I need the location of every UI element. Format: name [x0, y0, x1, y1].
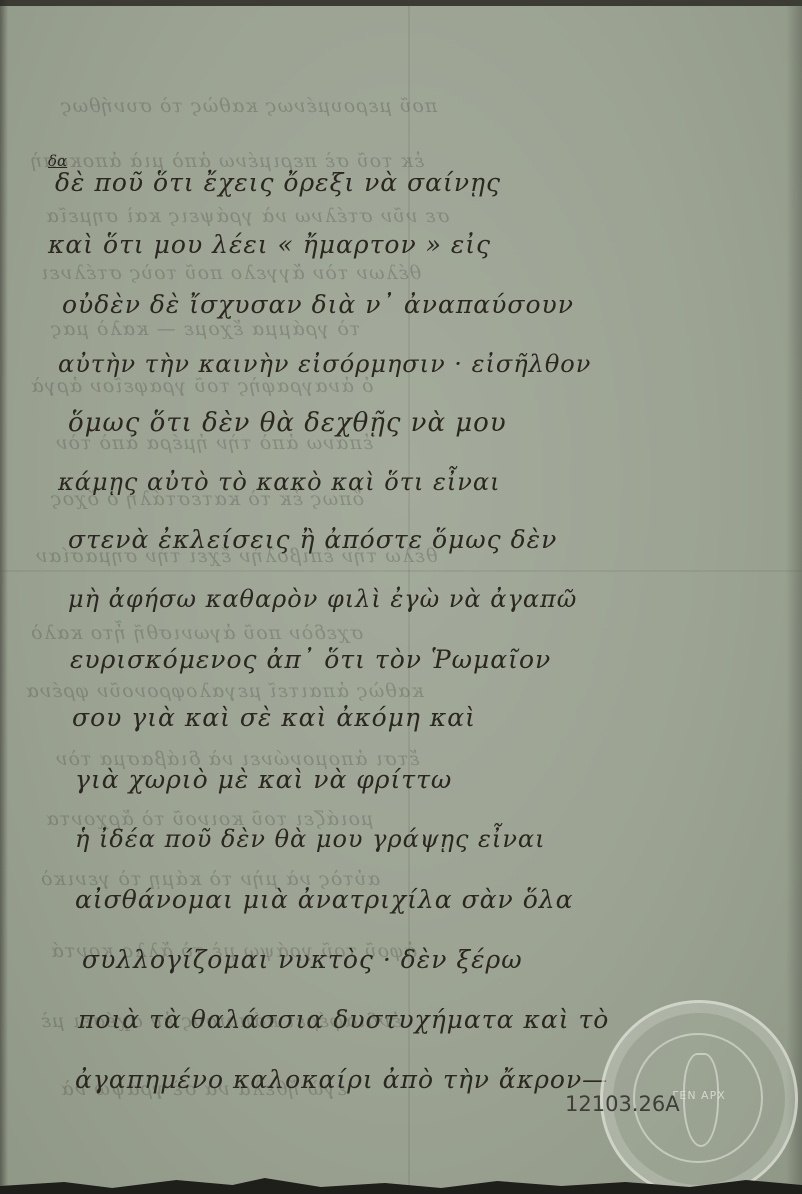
bleed-through-text: θέλων τὸν ἄγγελο ποῦ τοὺς στέλνει	[40, 262, 421, 284]
letter-line-8: μὴ ἀφήσω καθαρὸν φιλὶ ἐγὼ νὰ ἀγαπῶ	[68, 585, 577, 613]
letter-line-9: ευρισκόμενος ἀπ᾽ ὅτι τὸν Ῥωμαῖον	[70, 645, 551, 674]
letter-line-7: στενὰ ἐκλείσεις ἢ ἀπόστε ὅμως δὲν	[68, 525, 557, 554]
letter-line-2: καὶ ὅτι μου λέει « ἤμαρτον » εἰς	[48, 230, 491, 259]
bleed-through-text: σε νῦν στέλνω νὰ γράψεις καὶ σημεῖα	[45, 205, 450, 227]
bleed-through-text: τὸ γράμμα ἔχομε — καλὸ μας	[50, 318, 360, 340]
page-right-edge	[786, 0, 802, 1194]
letter-line-4: αὐτὴν τὴν καινὴν εἰσόρμησιν · εἰσῆλθον	[58, 350, 591, 378]
letter-line-6: κάμῃς αὐτὸ τὸ κακὸ καὶ ὅτι εἶναι	[58, 468, 501, 496]
horizontal-fold-line	[0, 570, 802, 572]
page-left-edge	[0, 0, 8, 1194]
bleed-through-text: ποῦ μερουμένως καθὼς τὸ συνήθως	[60, 95, 437, 117]
letter-line-13: αἰσθάνομαι μιὰ ἀνατριχίλα σὰν ὅλα	[75, 885, 573, 914]
letter-line-12: ἡ ἰδέα ποῦ δὲν θὰ μου γράψῃς εἶναι	[75, 825, 546, 853]
letter-line-16: ἀγαπημένο καλοκαίρι ἀπὸ τὴν ἄκρον—	[75, 1065, 608, 1094]
letter-line-10: σου γιὰ καὶ σὲ καὶ ἀκόμη καὶ	[72, 703, 476, 732]
bleed-through-text: σχεδὸν ποῦ ἀγωνισθῆ ἦτο καλὸ	[30, 622, 363, 644]
letter-line-14: συλλογίζομαι νυκτὸς · δὲν ξέρω	[82, 945, 523, 974]
letter-line-15: ποιὰ τὰ θαλάσσια δυστυχήματα καὶ τὸ	[78, 1005, 609, 1034]
document-page: ποῦ μερουμένως καθὼς τὸ συνήθως ἐκ τοῦ σ…	[0, 0, 802, 1194]
bleed-through-text: καθὼς ἀπαιτεῖ μεγαλοφρονοῦν φρένα	[25, 680, 424, 702]
bleed-through-text: ὁ ἀναγραφὴς τοῦ γραφεῖον ἀργὰ	[30, 375, 373, 397]
page-top-edge	[0, 0, 802, 6]
letter-line-5: ὅμως ὅτι δὲν θὰ δεχθῇς νὰ μου	[68, 408, 507, 438]
letter-line-3: οὐδὲν δὲ ἴσχυσαν διὰ ν᾽ ἀναπαύσουν	[62, 290, 574, 319]
archive-reference-number: 12103.26A	[565, 1092, 680, 1116]
letter-line-1: δὲ ποῦ ὅτι ἔχεις ὄρεξι νὰ σαίνῃς	[55, 168, 501, 197]
letter-line-11: γιὰ χωριὸ μὲ καὶ νὰ φρίττω	[75, 765, 452, 794]
